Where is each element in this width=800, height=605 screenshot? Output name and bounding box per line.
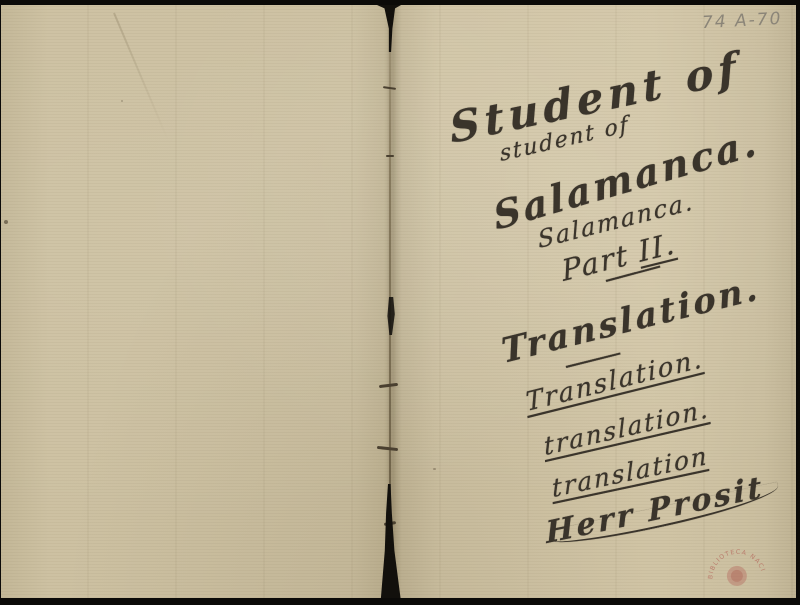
ink-speck bbox=[121, 100, 123, 102]
scan-edge-right bbox=[796, 0, 800, 605]
library-stamp: BIBLIOTECA NACIONAL bbox=[699, 534, 773, 605]
ink-speck bbox=[4, 220, 8, 224]
scan-edge-top bbox=[0, 0, 800, 5]
ink-speck bbox=[433, 468, 436, 470]
paper-crease bbox=[113, 13, 169, 141]
catalog-number: 74 A-70 bbox=[702, 9, 783, 33]
notebook-scan: Student of student of Salamanca. Salaman… bbox=[0, 0, 800, 605]
spine-stitch bbox=[386, 155, 394, 157]
scan-edge-bottom bbox=[0, 598, 800, 605]
scan-edge-left bbox=[0, 0, 1, 605]
